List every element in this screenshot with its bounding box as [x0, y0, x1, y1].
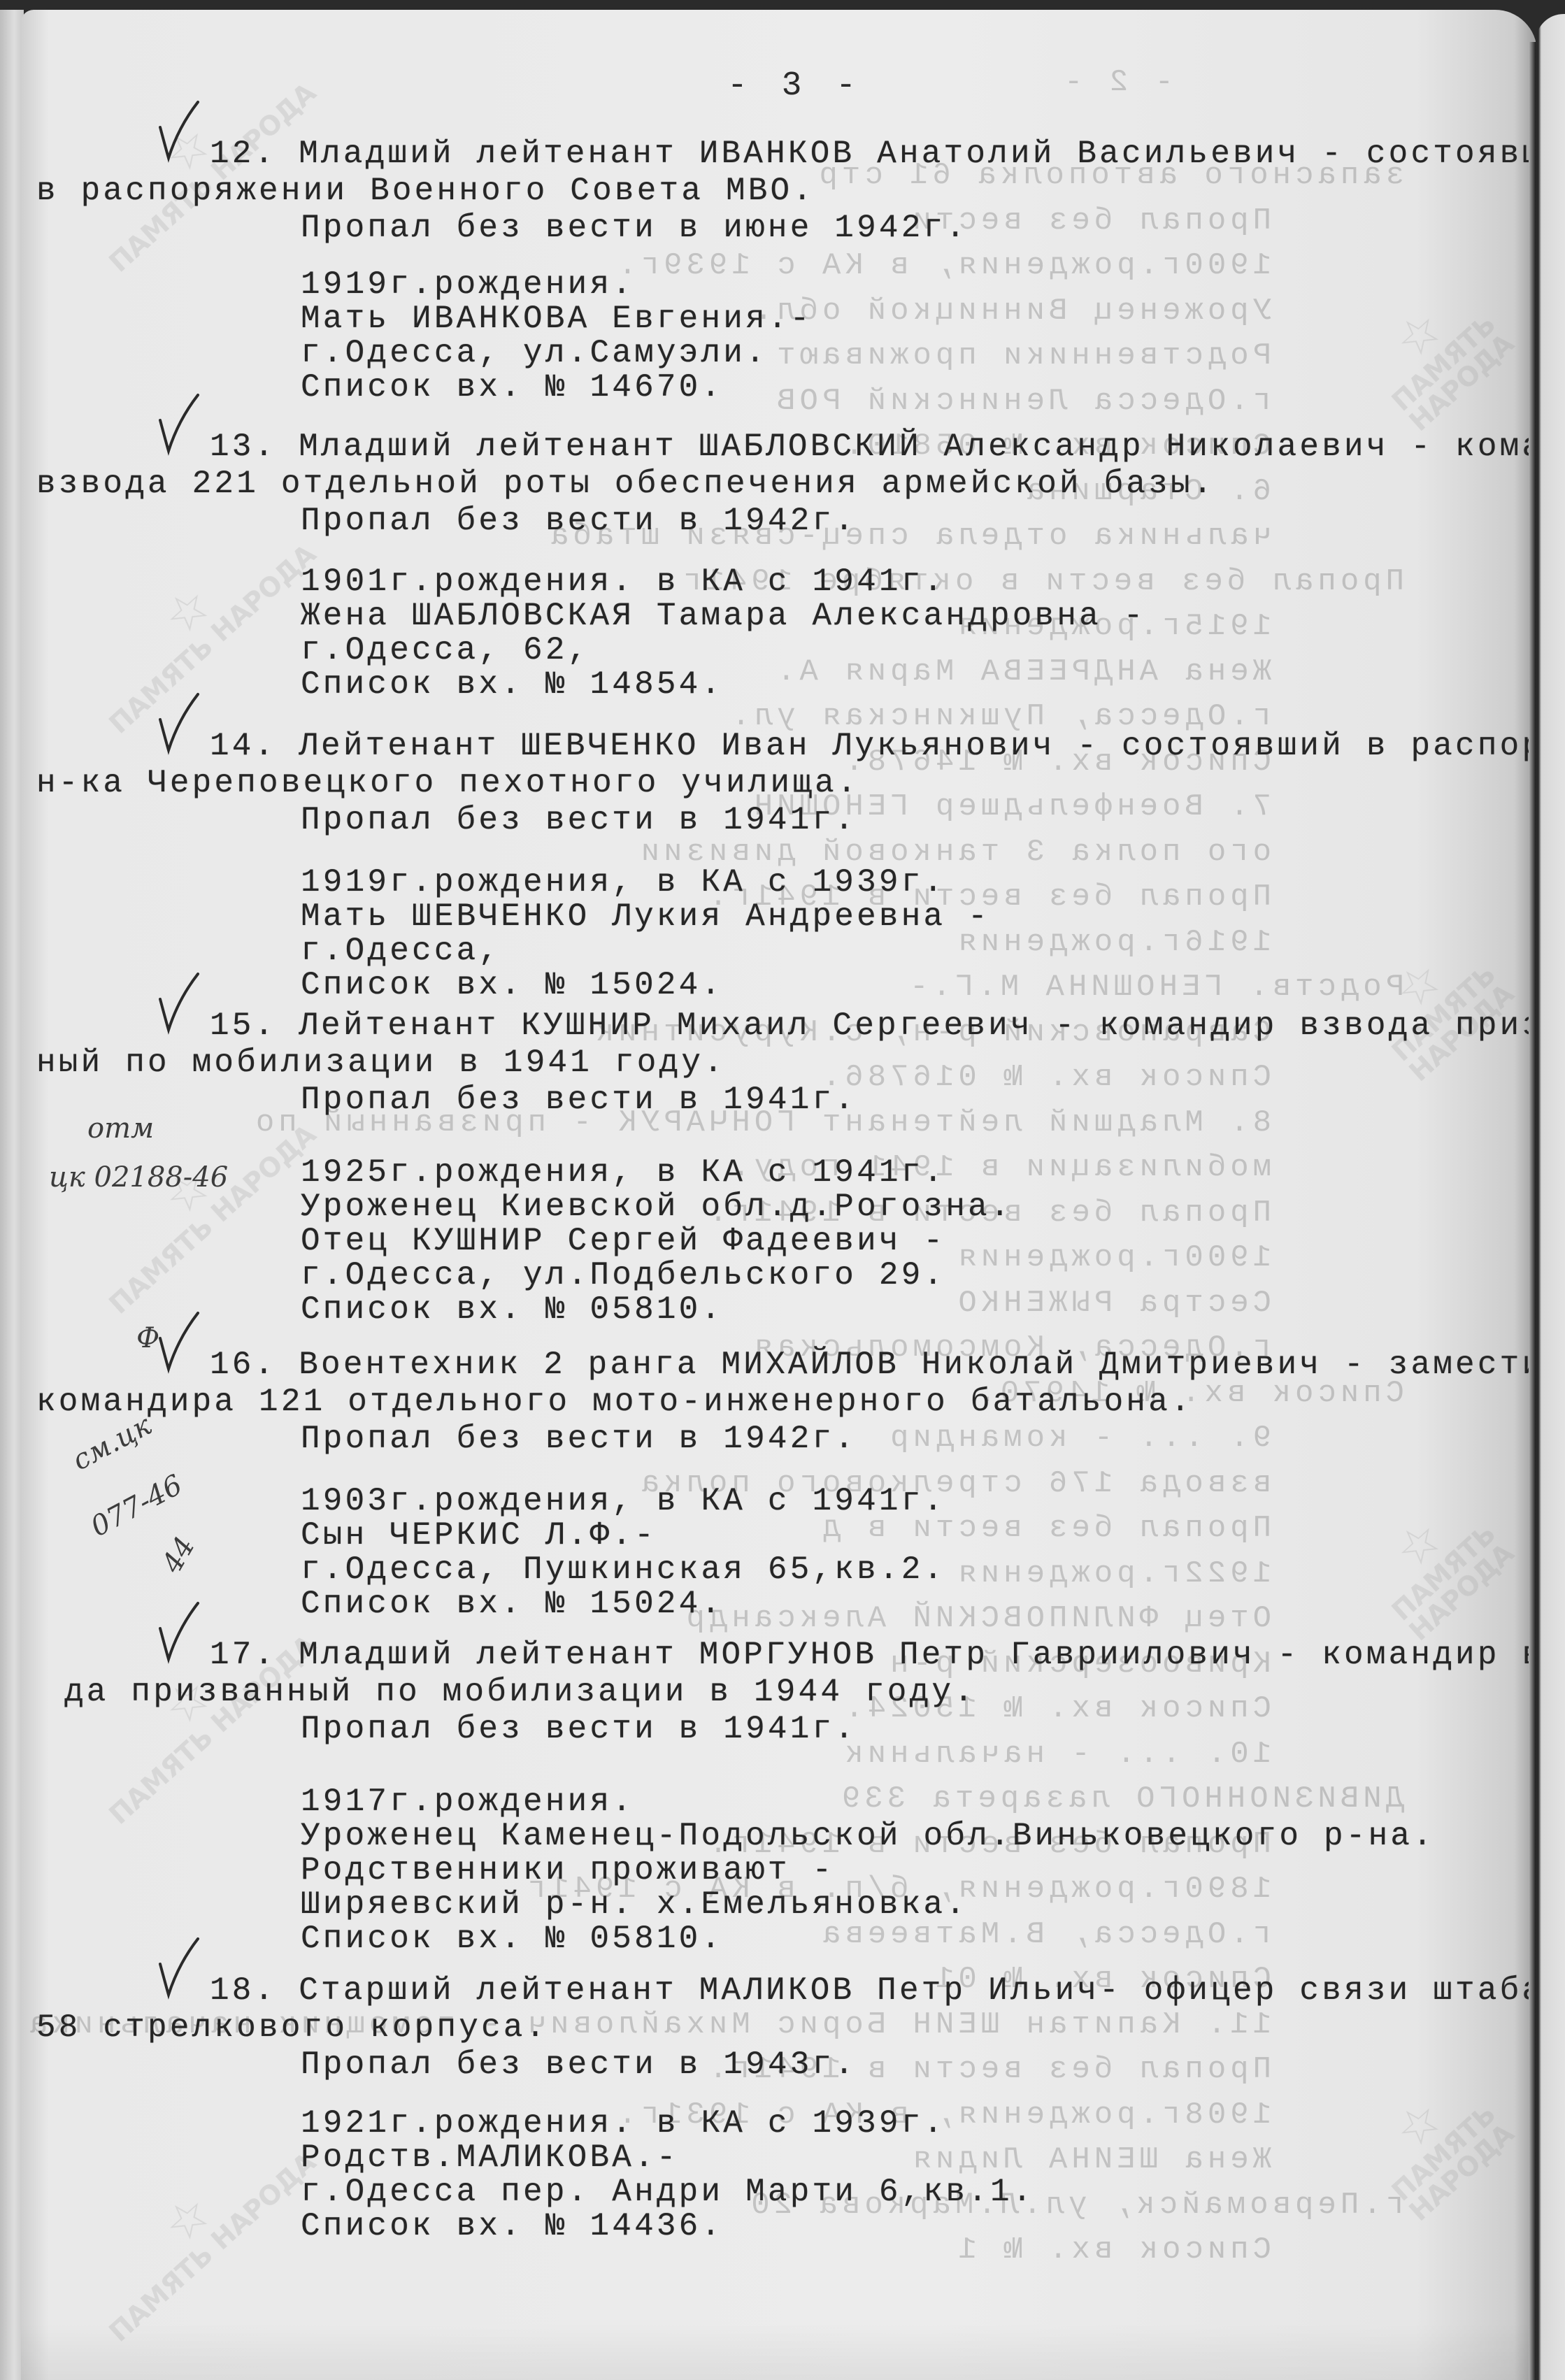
handwritten-margin-note: отм: [87, 1114, 154, 1142]
casualty-list: 12. Младший лейтенант ИВАНКОВ Анатолий В…: [21, 10, 1537, 2380]
entry-heading: 16. Воентехник 2 ранга МИХАЙЛОВ Николай …: [210, 1349, 1537, 1381]
checkmark-icon: [157, 1936, 199, 1999]
adjacent-page-edge: [1536, 14, 1565, 2380]
handwritten-margin-note: 077-46: [87, 1470, 187, 1541]
entry-detail: Список вх. № 14670.: [301, 371, 723, 403]
entry-continuation: н-ка Череповецкого пехотного училища.: [36, 767, 859, 799]
entry-detail: г.Одесса, ул.Самуэли.: [301, 337, 768, 369]
checkmark-icon: [157, 971, 199, 1034]
entry-fate: Пропал без вести в 1941г.: [301, 1084, 857, 1116]
handwritten-margin-note: 44: [157, 1533, 199, 1577]
entry-continuation: да призванный по мобилизации в 1944 году…: [64, 1676, 976, 1708]
entry-detail: Уроженец Каменец-Подольской обл.Винькове…: [301, 1820, 1435, 1852]
checkmark-icon: [157, 392, 199, 455]
handwritten-margin-note: цк 02188-46: [49, 1163, 228, 1191]
entry-detail: г.Одесса, Пушкинская 65,кв.2.: [301, 1554, 945, 1586]
entry-detail: Список вх. № 05810.: [301, 1923, 723, 1955]
entry-heading: 12. Младший лейтенант ИВАНКОВ Анатолий В…: [210, 138, 1537, 170]
entry-heading: 18. Старший лейтенант МАЛИКОВ Петр Ильич…: [210, 1974, 1537, 2007]
entry-detail: Отец КУШНИР Сергей Фадеевич -: [301, 1225, 945, 1257]
entry-fate: Пропал без вести в 1943г.: [301, 2049, 857, 2081]
entry-detail: Родственники проживают -: [301, 1854, 834, 1886]
entry-detail: Список вх. № 14854.: [301, 668, 723, 701]
entry-detail: 1925г.рождения, в КА с 1941г.: [301, 1156, 945, 1189]
entry-detail: Список вх. № 05810.: [301, 1293, 723, 1326]
entry-detail: 1921г.рождения. в КА с 1939г.: [301, 2107, 945, 2139]
document-page: - 2 -запасного автополка 61 стрПропал бе…: [21, 10, 1537, 2380]
entry-fate: Пропал без вести в 1942г.: [301, 505, 857, 537]
entry-detail: г.Одесса пер. Андри Марти 6,кв.1.: [301, 2176, 1035, 2208]
handwritten-margin-note: см.цк: [69, 1411, 156, 1475]
entry-heading: 15. Лейтенант КУШНИР Михаил Сергеевич - …: [210, 1010, 1537, 1042]
book-gutter: [1529, 42, 1536, 2380]
entry-fate: Пропал без вести в 1941г.: [301, 804, 857, 836]
entry-detail: г.Одесса, ул.Подбельского 29.: [301, 1259, 945, 1291]
entry-detail: Список вх. № 15024.: [301, 1588, 723, 1620]
page-shadow: [21, 2324, 1537, 2380]
entry-fate: Пропал без вести в 1941г.: [301, 1713, 857, 1745]
entry-detail: Сын ЧЕРКИС Л.Ф.-: [301, 1519, 657, 1551]
entry-detail: Список вх. № 14436.: [301, 2210, 723, 2242]
entry-detail: Жена ШАБЛОВСКАЯ Тамара Александровна -: [301, 600, 1146, 632]
entry-detail: 1919г.рождения.: [301, 268, 634, 301]
entry-fate: Пропал без вести в июне 1942г.: [301, 212, 968, 244]
entry-detail: 1901г.рождения. в КА с 1941г.: [301, 566, 945, 598]
handwritten-margin-note: Ф: [136, 1324, 159, 1352]
entry-detail: Мать ИВАНКОВА Евгения.-: [301, 303, 813, 335]
entry-heading: 13. Младший лейтенант ШАБЛОВСКИЙ Алексан…: [210, 431, 1537, 463]
checkmark-icon: [157, 99, 199, 162]
entry-detail: Родств.МАЛИКОВА.-: [301, 2142, 679, 2174]
page-left-edge: [0, 10, 24, 2380]
entry-detail: 1917г.рождения.: [301, 1786, 634, 1818]
entry-continuation: в распоряжении Военного Совета МВО.: [36, 175, 815, 207]
entry-continuation: командира 121 отдельного мото-инженерног…: [36, 1386, 1193, 1418]
checkmark-icon: [157, 691, 199, 754]
entry-heading: 14. Лейтенант ШЕВЧЕНКО Иван Лукьянович -…: [210, 730, 1537, 762]
entry-detail: Уроженец Киевской обл.д.Рогозна.: [301, 1191, 1013, 1223]
entry-detail: Ширяевский р-н. х.Емельяновка.: [301, 1888, 968, 1921]
entry-continuation: взвода 221 отдельной роты обеспечения ар…: [36, 468, 1215, 500]
entry-heading: 17. Младший лейтенант МОРГУНОВ Петр Гавр…: [210, 1639, 1537, 1671]
checkmark-icon: [157, 1310, 199, 1373]
checkmark-icon: [157, 1600, 199, 1663]
entry-detail: Список вх. № 15024.: [301, 969, 723, 1001]
entry-detail: г.Одесса,: [301, 935, 501, 967]
entry-detail: Мать ШЕВЧЕНКО Лукия Андреевна -: [301, 901, 990, 933]
entry-continuation: 58 стрелкового корпуса.: [36, 2012, 548, 2044]
entry-continuation: ный по мобилизации в 1941 году.: [36, 1047, 726, 1079]
entry-fate: Пропал без вести в 1942г.: [301, 1423, 857, 1455]
entry-detail: г.Одесса, 62,: [301, 634, 589, 666]
entry-detail: 1919г.рождения, в КА с 1939г.: [301, 866, 945, 898]
entry-detail: 1903г.рождения, в КА с 1941г.: [301, 1485, 945, 1517]
